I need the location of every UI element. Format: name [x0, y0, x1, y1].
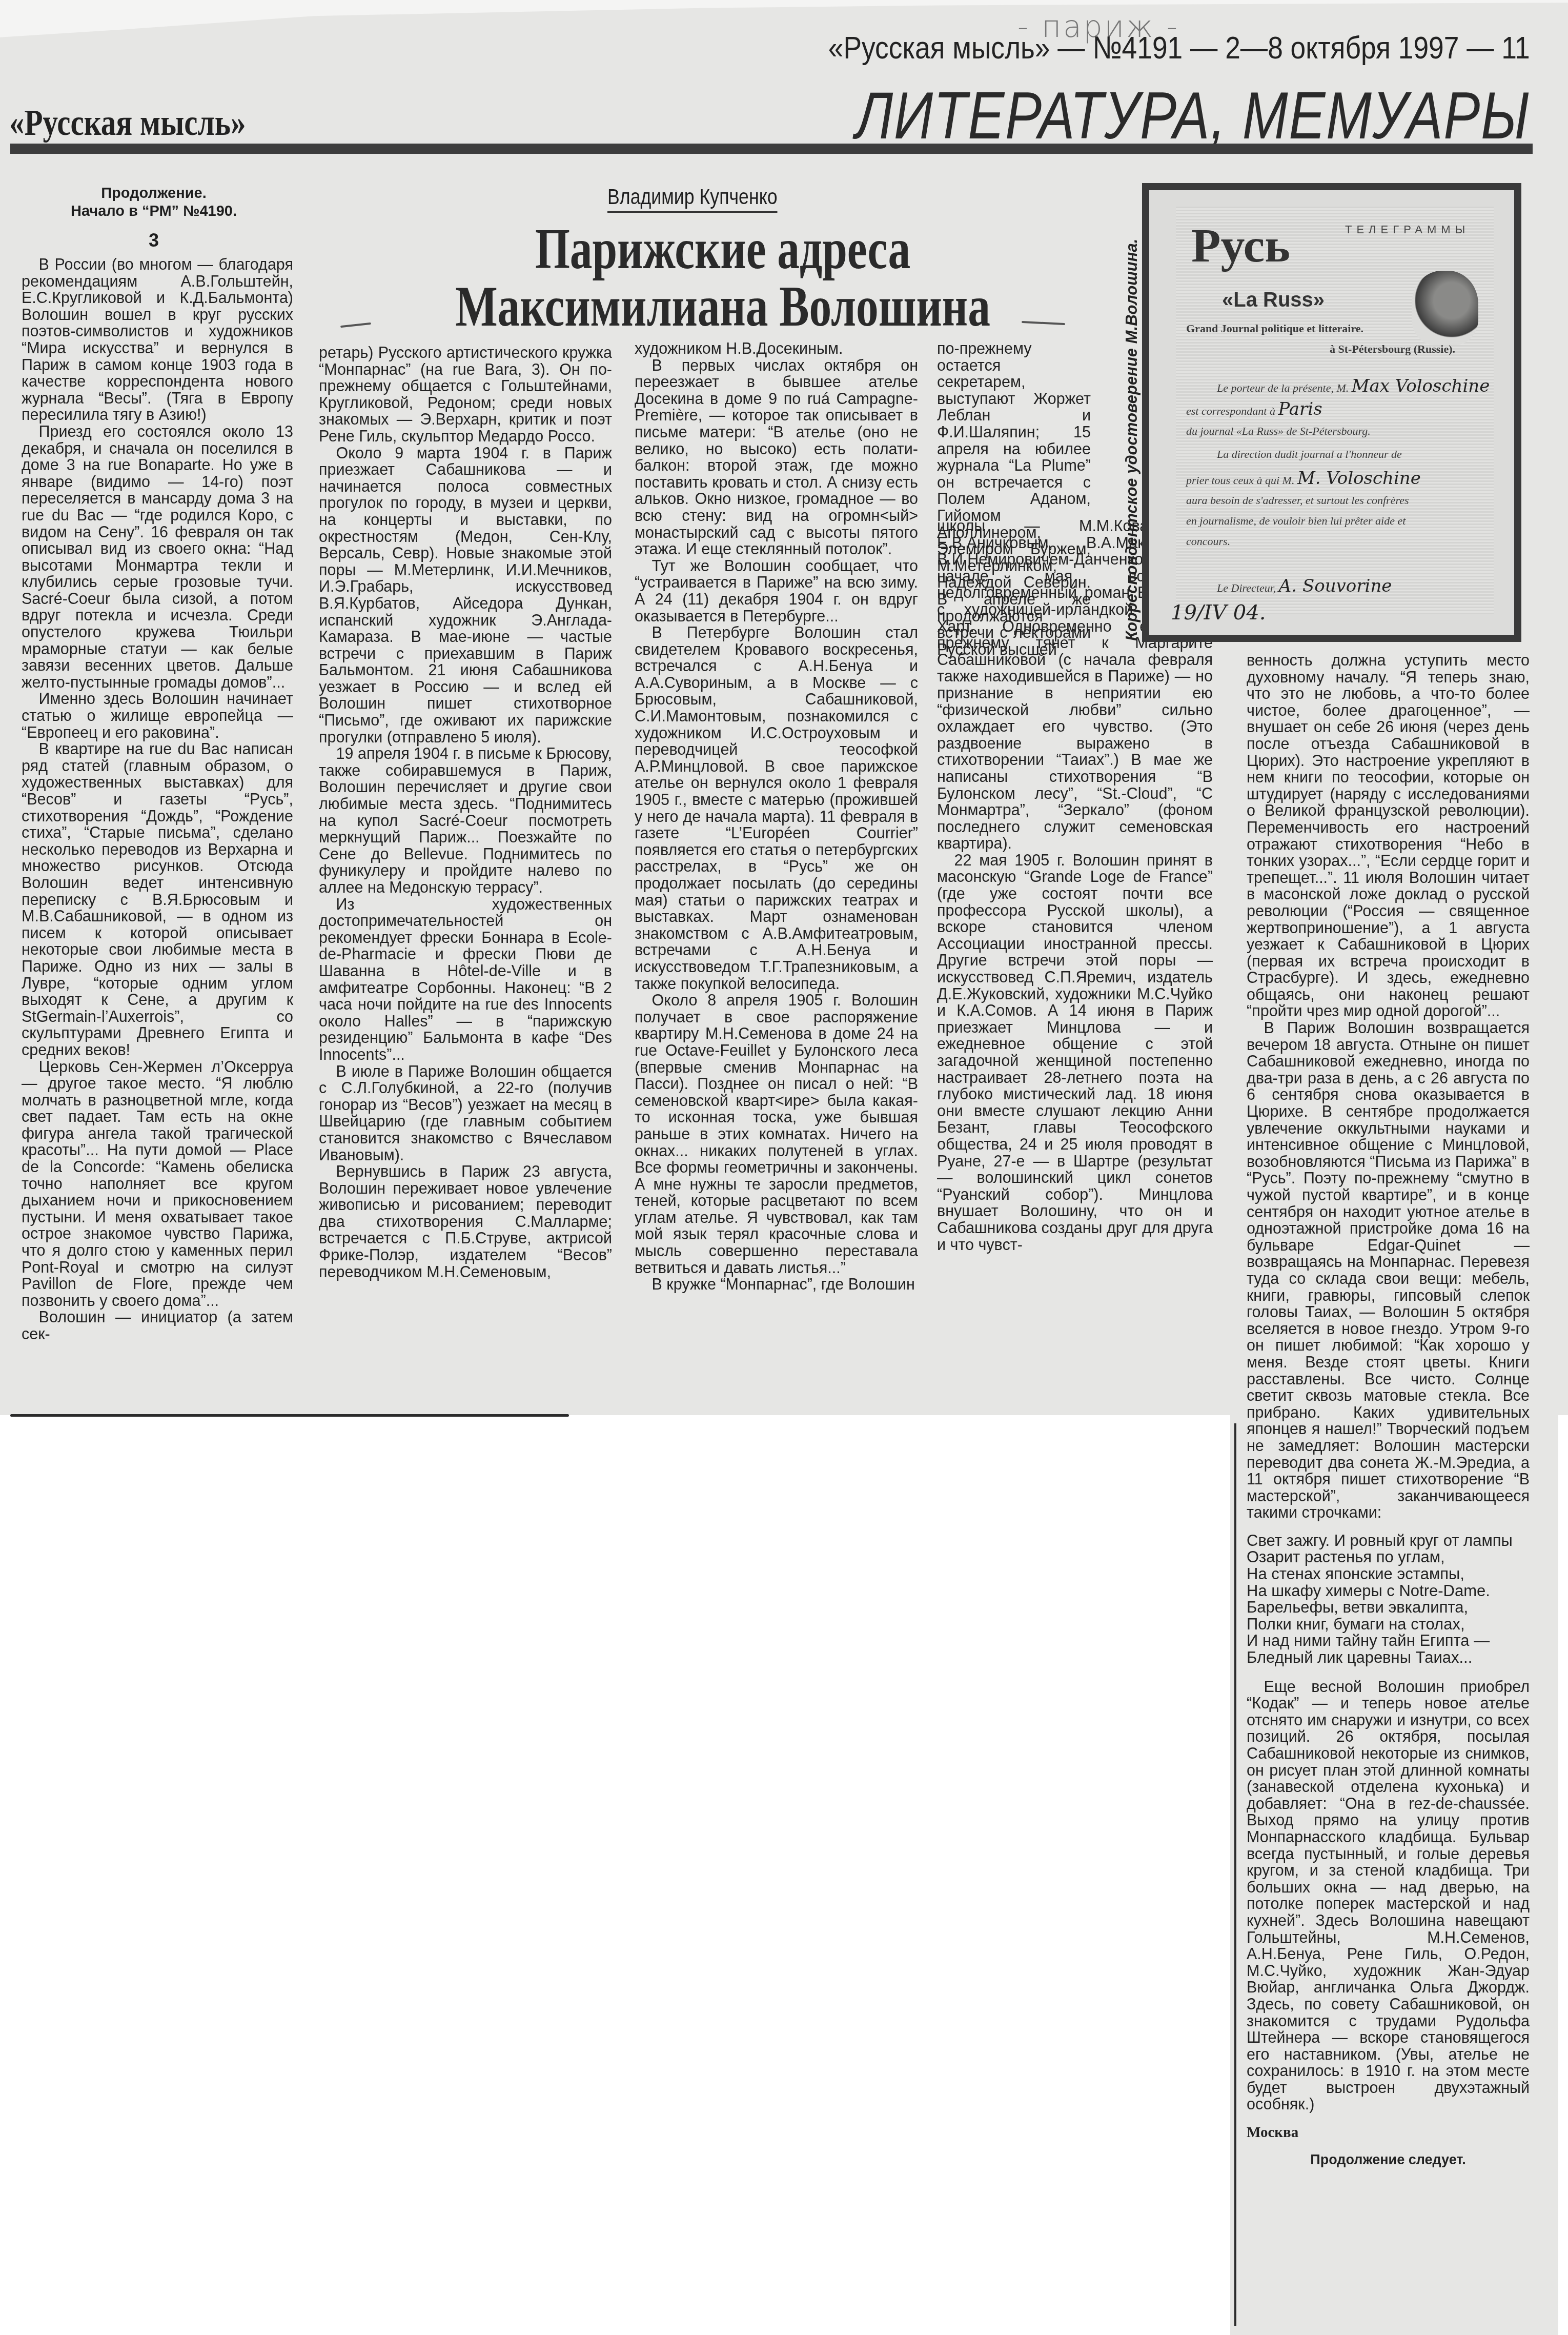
poem-line: Свет зажгу. И ровный круг от лампы	[1247, 1533, 1530, 1549]
paragraph: В Петербурге Волошин стал свидетелем Кро…	[635, 625, 918, 992]
paragraph: В июле в Париже Волошин общается с С.Л.Г…	[319, 1063, 612, 1164]
part-number: 3	[21, 230, 287, 251]
continuation-note: Продолжение. Начало в “РМ” №4190.	[21, 185, 287, 220]
document-line: La direction dudit journal a l'honneur d…	[1217, 448, 1402, 461]
paragraph: ретарь) Русского артистического кружка “…	[319, 345, 612, 445]
paragraph: В квартире на rue du Bac написан ряд ста…	[22, 741, 293, 1058]
photo-caption: Корреспондентское удостоверение М.Волоши…	[1123, 190, 1143, 641]
section-title: ЛИТЕРАТУРА, МЕМУАРЫ	[856, 77, 1530, 154]
document-subtitle: Grand Journal politique et litteraire.	[1186, 322, 1363, 335]
clipping-bottom-rule	[10, 1414, 569, 1417]
signature: A. Souvorine	[1279, 576, 1392, 596]
paragraph: Церковь Сен-Жермен л’Оксерруа — другое т…	[22, 1059, 293, 1310]
document-line: est correspondant à Paris	[1186, 399, 1322, 419]
document-text: Le porteur de la présente, M.	[1217, 381, 1349, 394]
headline-line: Парижские адреса	[423, 220, 1023, 278]
article-column-5: венность должна уступить место духовному…	[1247, 652, 1530, 2168]
newspaper-masthead: «Русская мысль»	[9, 102, 246, 144]
paragraph: 22 мая 1905 г. Волошин принят в масонску…	[937, 852, 1213, 1253]
paragraph: Около 8 апреля 1905 г. Волошин получает …	[635, 992, 918, 1276]
poem-line: И над ними тайну тайн Египта —	[1247, 1633, 1530, 1649]
handwritten-date: 19/IV 04.	[1171, 601, 1266, 625]
issue-line: «Русская мысль» — №4191 — 2—8 октября 19…	[828, 30, 1530, 66]
paragraph: Приезд его состоялся около 13 декабря, и…	[22, 424, 293, 691]
paragraph: Вернувшись в Париж 23 августа, Волошин п…	[319, 1163, 612, 1280]
article-column-2: ретарь) Русского артистического кружка “…	[319, 345, 612, 1280]
document-line: Le porteur de la présente, M. Max Volosc…	[1217, 376, 1490, 396]
telegram-header: ТЕЛЕГРАММЫ	[1345, 223, 1470, 236]
document-title: «La Russ»	[1222, 289, 1325, 312]
paragraph: В России (во многом — благодаря рекоменд…	[22, 256, 293, 424]
poem-line: Озарит растенья по углам,	[1247, 1549, 1530, 1566]
paragraph: Волошин — инициатор (а затем сек-	[22, 1309, 293, 1342]
document-line: aura besoin de s'adresser, et surtout le…	[1186, 494, 1409, 507]
document-city: à St-Pétersbourg (Russie).	[1330, 343, 1455, 356]
director-label: Le Directeur,	[1217, 581, 1276, 594]
paragraph: 19 апреля 1904 г. в письме к Брюсову, та…	[319, 746, 612, 896]
paragraph: В кружке “Монпарнас”, где Волошин	[635, 1276, 918, 1293]
document-text: prier tous ceux à qui M.	[1186, 474, 1294, 487]
headline: Парижские адреса Максимилиана Волошина	[423, 220, 1023, 335]
paragraph: Еще весной Волошин приобрел “Кодак” — и …	[1247, 1679, 1530, 2113]
document-line: du journal «La Russ» de St-Pétersbourg.	[1186, 425, 1371, 438]
document-line: Le Directeur, A. Souvorine	[1217, 576, 1392, 596]
rus-logo: Русь	[1191, 218, 1290, 273]
header-rule	[10, 144, 1533, 154]
handwritten-name: Max Voloschine	[1352, 376, 1490, 396]
document-line: concours.	[1186, 535, 1230, 548]
document-line: en journalisme, de vouloir bien lui prêt…	[1186, 514, 1406, 528]
paragraph: художником Н.В.Досекиным.	[635, 340, 918, 357]
poem-line: Барельефы, ветви эвкалипта,	[1247, 1599, 1530, 1616]
poem: Свет зажгу. И ровный круг от лампы Озари…	[1247, 1533, 1530, 1666]
byline: Владимир Купченко	[607, 185, 778, 213]
signoff-city: Москва	[1247, 2124, 1530, 2141]
article-column-3: художником Н.В.Досекиным. В первых числа…	[635, 340, 918, 1293]
column-divider-rule	[1234, 1423, 1236, 2326]
article-column-1: В России (во многом — благодаря рекоменд…	[22, 256, 293, 1343]
paragraph: Около 9 марта 1904 г. в Париж приезжает …	[319, 445, 612, 746]
poem-line: Бледный лик царевны Таиах...	[1247, 1649, 1530, 1666]
handwritten-name: M. Voloschine	[1297, 468, 1421, 489]
paragraph: В первых числах октября он переезжает в …	[635, 357, 918, 558]
document-line: prier tous ceux à qui M. M. Voloschine	[1186, 468, 1421, 489]
certificate-document: Русь ТЕЛЕГРАММЫ «La Russ» Grand Journal …	[1176, 207, 1494, 614]
portrait-image	[1412, 271, 1478, 345]
document-text: est correspondant à	[1186, 405, 1275, 417]
handwritten-city: Paris	[1278, 399, 1322, 419]
headline-line: Максимилиана Волошина	[423, 278, 1023, 335]
continuation-line: Продолжение.	[21, 185, 287, 203]
paragraph: Именно здесь Волошин начинает статью о ж…	[22, 691, 293, 741]
correspondent-certificate-photo: Русь ТЕЛЕГРАММЫ «La Russ» Grand Journal …	[1142, 183, 1521, 642]
to-be-continued: Продолжение следует.	[1247, 2151, 1530, 2168]
paragraph: венность должна уступить место духовному…	[1247, 652, 1530, 1020]
poem-line: На стенах японские эстампы,	[1247, 1566, 1530, 1583]
paragraph: Тут же Волошин сообщает, что “устраивает…	[635, 558, 918, 625]
poem-line: На шкафу химеры с Notre-Dame.	[1247, 1583, 1530, 1600]
poem-line: Полки книг, бумаги на столах,	[1247, 1616, 1530, 1633]
paragraph: В Париж Волошин возвращается вечером 18 …	[1247, 1020, 1530, 1521]
continuation-line: Начало в “РМ” №4190.	[21, 203, 287, 220]
paragraph: Из художественных достопримечательностей…	[319, 896, 612, 1063]
